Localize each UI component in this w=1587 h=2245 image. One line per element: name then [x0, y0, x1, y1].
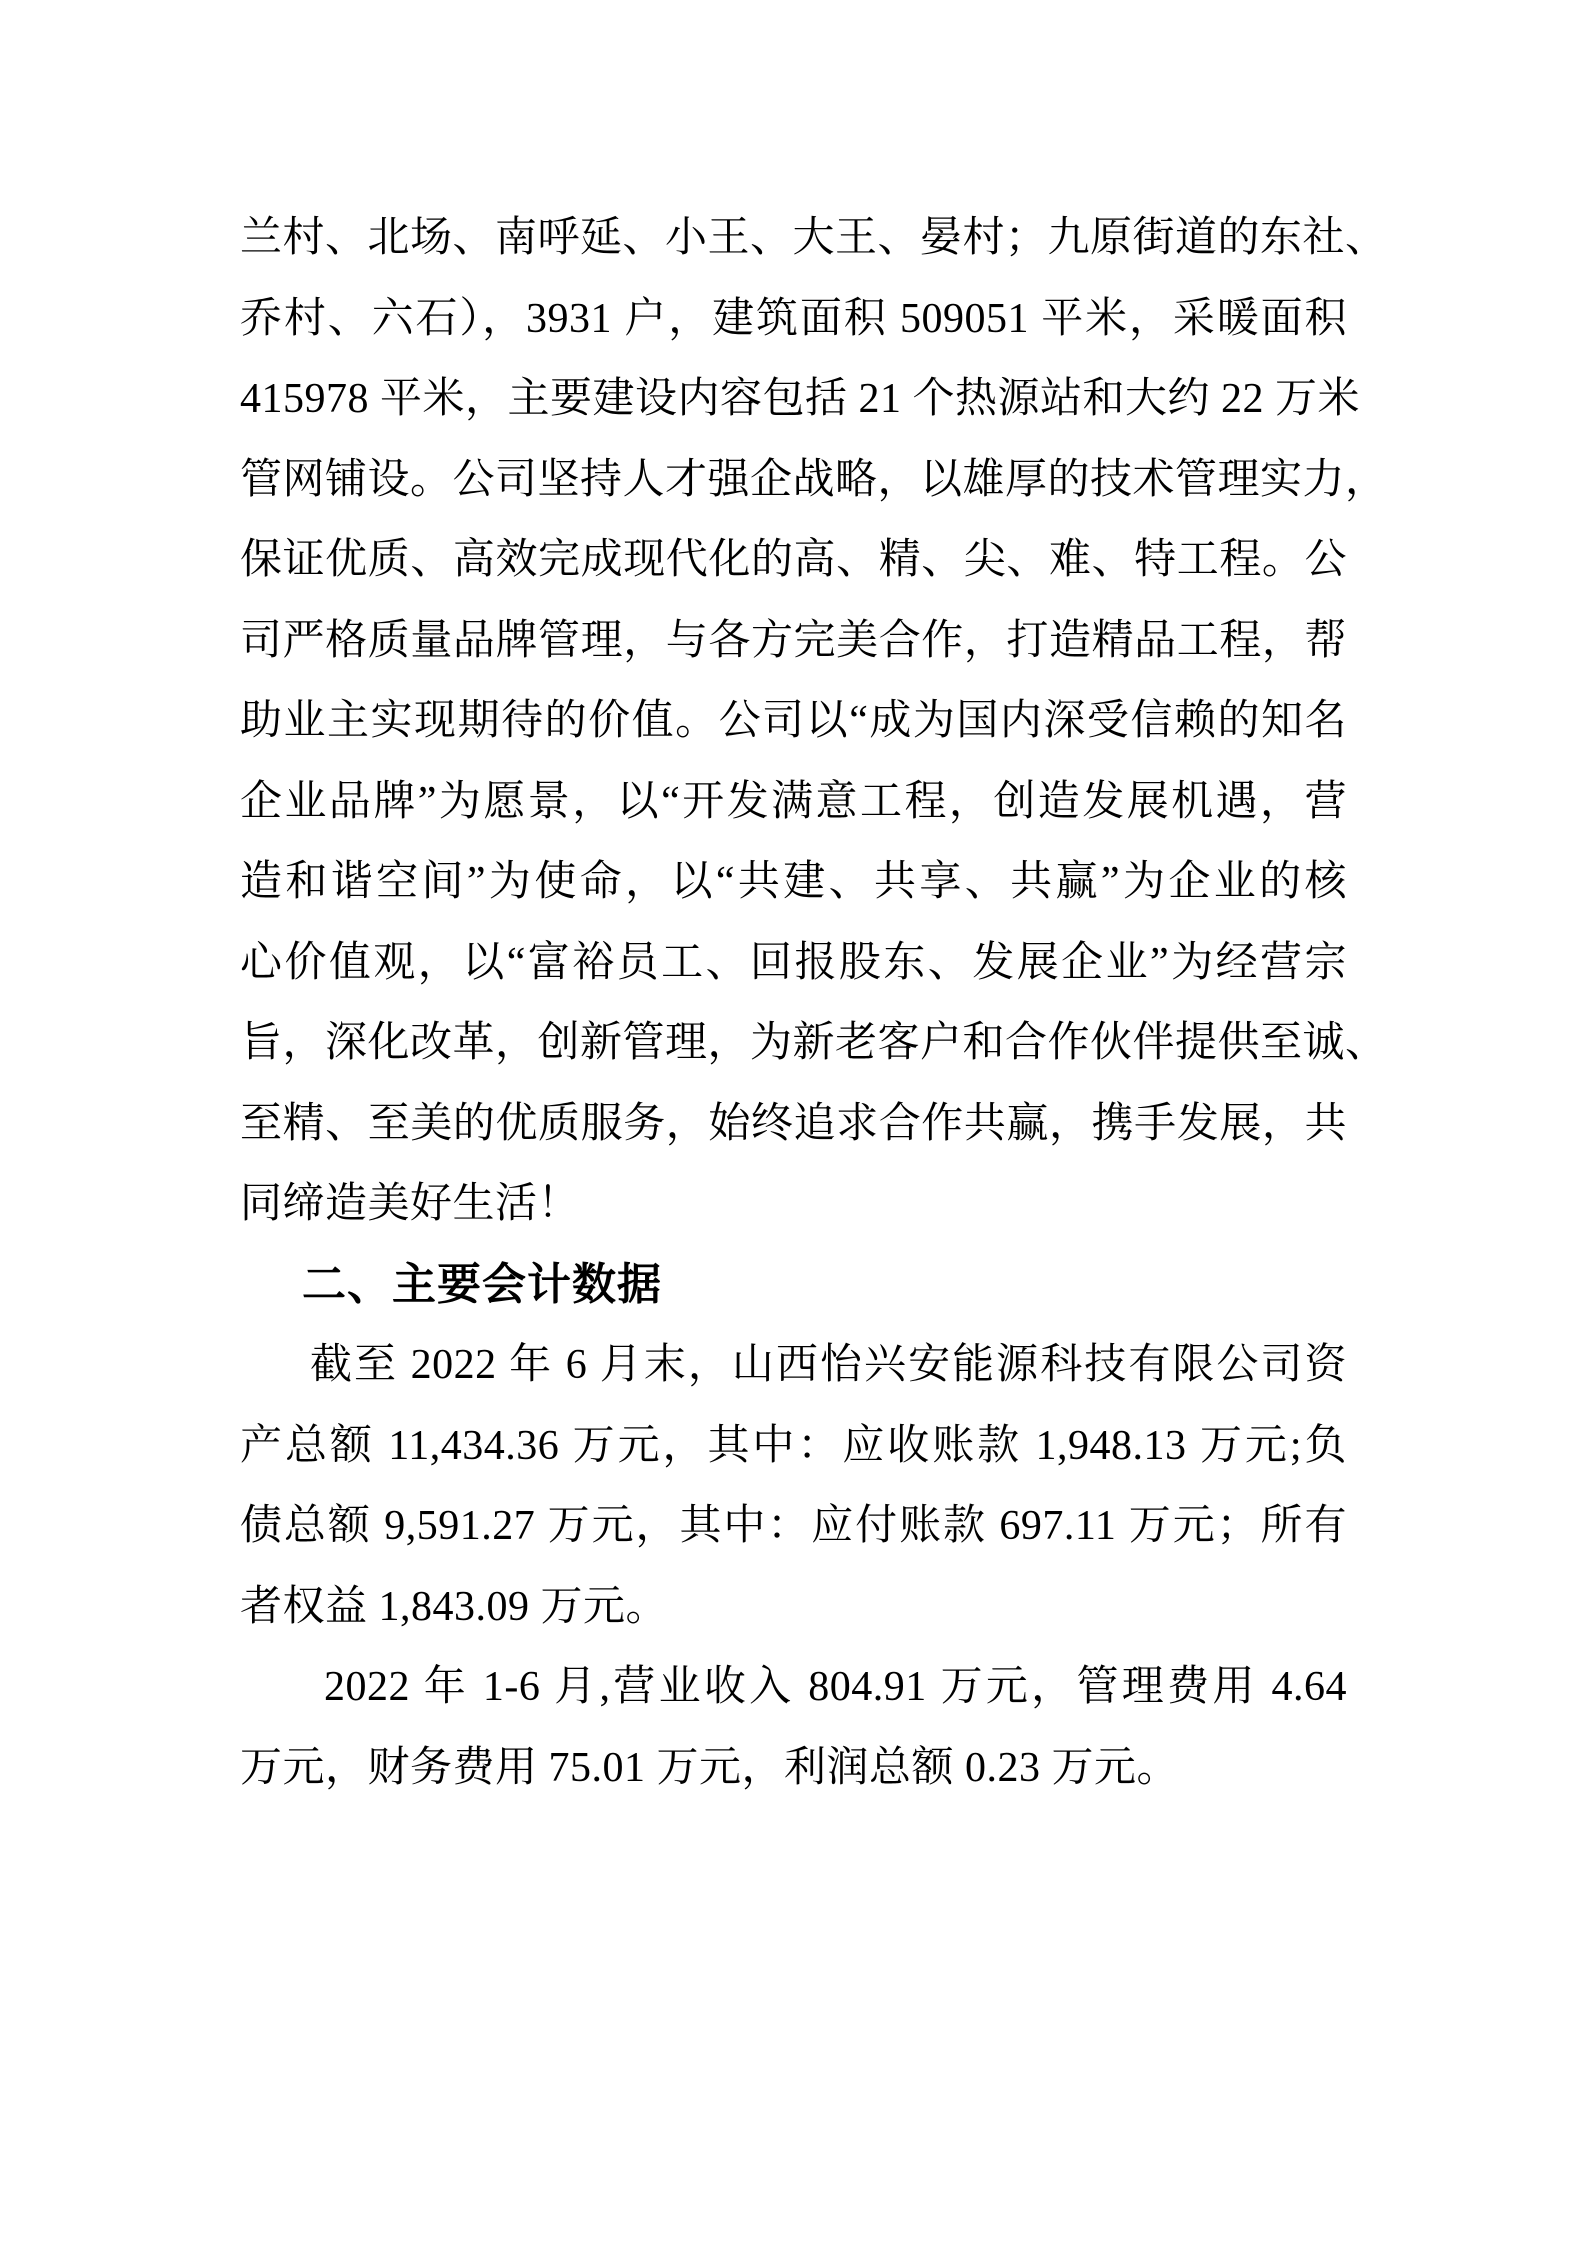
paragraph-line: 至精、至美的优质服务，始终追求合作共赢，携手发展，共 — [240, 1084, 1347, 1165]
document-text-block: 兰村、北场、南呼延、小王、大王、晏村；九原街道的东社、 乔村、六石），3931 … — [240, 198, 1347, 1808]
paragraph-line: 415978 平米，主要建设内容包括 21 个热源站和大约 22 万米 — [240, 359, 1347, 440]
paragraph-line: 保证优质、高效完成现代化的高、精、尖、难、特工程。公 — [240, 520, 1347, 601]
paragraph-line: 截至 2022 年 6 月末，山西怡兴安能源科技有限公司资 — [240, 1325, 1347, 1406]
paragraph-line: 万元，财务费用 75.01 万元，利润总额 0.23 万元。 — [240, 1728, 1347, 1809]
paragraph-line: 司严格质量品牌管理，与各方完美合作，打造精品工程，帮 — [240, 601, 1347, 682]
paragraph-line: 助业主实现期待的价值。公司以“成为国内深受信赖的知名 — [240, 681, 1347, 762]
paragraph-line: 者权益 1,843.09 万元。 — [240, 1567, 1347, 1648]
paragraph-line: 2022 年 1-6 月,营业收入 804.91 万元，管理费用 4.64 — [240, 1647, 1347, 1728]
paragraph-line: 兰村、北场、南呼延、小王、大王、晏村；九原街道的东社、 — [240, 198, 1347, 279]
paragraph-line: 管网铺设。公司坚持人才强企战略，以雄厚的技术管理实力， — [240, 440, 1347, 521]
paragraph-line: 企业品牌”为愿景，以“开发满意工程，创造发展机遇，营 — [240, 762, 1347, 843]
paragraph-line: 旨，深化改革，创新管理，为新老客户和合作伙伴提供至诚、 — [240, 1003, 1347, 1084]
paragraph-line: 同缔造美好生活！ — [240, 1164, 1347, 1245]
section-heading: 二、主要会计数据 — [240, 1245, 1347, 1326]
paragraph-line: 造和谐空间”为使命，以“共建、共享、共赢”为企业的核 — [240, 842, 1347, 923]
paragraph-line: 心价值观，以“富裕员工、回报股东、发展企业”为经营宗 — [240, 923, 1347, 1004]
paragraph-line: 产总额 11,434.36 万元，其中：应收账款 1,948.13 万元;负 — [240, 1406, 1347, 1487]
document-page: 兰村、北场、南呼延、小王、大王、晏村；九原街道的东社、 乔村、六石），3931 … — [0, 0, 1587, 2245]
paragraph-line: 债总额 9,591.27 万元，其中：应付账款 697.11 万元；所有 — [240, 1486, 1347, 1567]
paragraph-line: 乔村、六石），3931 户，建筑面积 509051 平米，采暖面积 — [240, 279, 1347, 360]
